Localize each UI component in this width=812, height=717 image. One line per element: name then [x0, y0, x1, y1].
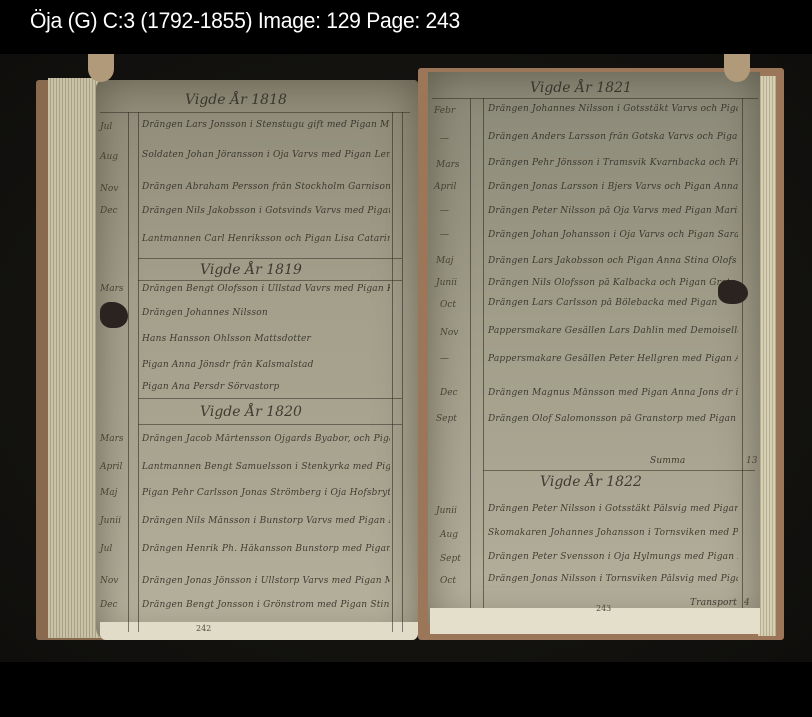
entry-month: Junii — [436, 506, 457, 516]
section-heading-1820: Vigde År 1820 — [200, 404, 302, 420]
register-entry: Drängen Jonas Larsson i Bjers Varvs och … — [488, 182, 738, 192]
left-section-rule-1819 — [138, 258, 402, 259]
entry-month: — — [440, 354, 449, 364]
left-section-rule-1819b — [138, 280, 402, 281]
section-heading-1822: Vigde År 1822 — [540, 474, 642, 490]
register-entry: Drängen Abraham Persson från Stockholm G… — [142, 182, 390, 192]
register-entry: Drängen Magnus Månsson med Pigan Anna Jo… — [488, 388, 738, 398]
register-entry: Pappersmakare Gesällen Peter Hellgren me… — [488, 354, 738, 364]
entry-month: Dec — [100, 206, 118, 216]
entry-month: Sept — [436, 414, 457, 424]
right-day-column-rule — [483, 98, 484, 608]
register-entry: Lantmannen Carl Henriksson och Pigan Lis… — [142, 234, 390, 244]
right-summa-rule — [483, 470, 755, 471]
entry-month: Junii — [100, 516, 121, 526]
ink-blot-right — [718, 280, 748, 304]
section-heading-1821: Vigde År 1821 — [530, 80, 632, 96]
left-count-column-rule — [392, 112, 393, 632]
entry-month: Nov — [440, 328, 458, 338]
entry-month: Maj — [436, 256, 453, 266]
register-entry: Drängen Johannes Nilsson i Gotsstäkt Var… — [488, 104, 738, 114]
register-entry: Drängen Jacob Mårtensson Öjgards Byabor,… — [142, 434, 390, 444]
right-count-column-rule — [742, 98, 743, 608]
entry-month: April — [100, 462, 122, 472]
left-day-column-rule — [138, 112, 139, 632]
register-entry: Lantmannen Bengt Samuelsson i Stenkyrka … — [142, 462, 390, 472]
register-entry: Drängen Peter Nilsson i Gotsstäkt Pålsvi… — [488, 504, 738, 514]
register-entry: Hans Hansson Ohlsson Mattsdotter — [142, 334, 390, 344]
book-page-edges-right — [758, 76, 776, 636]
entry-month: Oct — [440, 576, 456, 586]
page-right-bottom-margin — [430, 608, 760, 634]
image-caption-bar: Öja (G) C:3 (1792-1855) Image: 129 Page:… — [0, 0, 812, 54]
ink-blot-left — [100, 302, 128, 328]
entry-month: Mars — [100, 434, 124, 444]
register-entry: Drängen Lars Jonsson i Stenstugu gift me… — [142, 120, 390, 130]
entry-month: Sept — [440, 554, 461, 564]
register-entry: Pigan Ana Persdr Sörvastorp — [142, 382, 390, 392]
register-entry: Drängen Anders Larsson från Gotska Varvs… — [488, 132, 738, 142]
right-date-column-rule — [470, 98, 471, 608]
register-entry: Drängen Johannes Nilsson — [142, 308, 390, 318]
entry-month: Maj — [100, 488, 117, 498]
entry-month: Dec — [440, 388, 458, 398]
entry-month: — — [440, 134, 449, 144]
page-clip-right — [724, 54, 750, 82]
entry-month: Dec — [100, 600, 118, 610]
register-entry: Drängen Bengt Olofsson i Ullstad Vavrs m… — [142, 284, 390, 294]
bottom-black-bar — [0, 662, 812, 717]
register-entry: Drängen Peter Svensson i Öja Hylmungs me… — [488, 552, 738, 562]
register-entry: Drängen Bengt Jonsson i Grönstrom med Pi… — [142, 600, 390, 610]
left-section-rule-1820b — [138, 424, 402, 425]
image-caption-title: Öja (G) C:3 (1792-1855) Image: 129 Page:… — [30, 8, 460, 34]
entry-month: Mars — [436, 160, 460, 170]
entry-month: Mars — [100, 284, 124, 294]
register-page-right — [428, 72, 760, 624]
summa-value: 13 — [746, 456, 757, 466]
entry-month: April — [434, 182, 456, 192]
register-entry: Drängen Peter Nilsson på Öja Varvs med P… — [488, 206, 738, 216]
page-left-bottom-margin — [100, 622, 418, 640]
register-entry: Drängen Jonas Nilsson i Tornsviken Pålsv… — [488, 574, 738, 584]
register-entry: Drängen Olof Salomonsson på Granstorp me… — [488, 414, 738, 424]
register-entry: Pigan Anna Jönsdr från Kalsmalstad — [142, 360, 390, 370]
summa-label: Summa — [650, 456, 685, 466]
right-page-number: 243 — [596, 604, 611, 613]
entry-month: Oct — [440, 300, 456, 310]
entry-month: Jul — [100, 544, 112, 554]
register-entry: Soldaten Johan Jöransson i Öja Varvs med… — [142, 150, 390, 160]
entry-month: Aug — [100, 152, 118, 162]
register-entry: Drängen Nils Månsson i Bunstorp Varvs me… — [142, 516, 390, 526]
register-entry: Drängen Jonas Jönsson i Ullstorp Varvs m… — [142, 576, 390, 586]
register-entry: Drängen Nils Jakobsson i Gotsvinds Varvs… — [142, 206, 390, 216]
section-heading-1819: Vigde År 1819 — [200, 262, 302, 278]
left-count-column-rule-2 — [402, 112, 403, 632]
entry-month: Aug — [440, 530, 458, 540]
register-entry: Skomakaren Johannes Johansson i Tornsvik… — [488, 528, 738, 538]
transport-label: Transport — [690, 598, 737, 608]
register-entry: Drängen Johan Johansson i Öja Varvs och … — [488, 230, 738, 240]
entry-month: Nov — [100, 576, 118, 586]
entry-month: Nov — [100, 184, 118, 194]
register-entry: Drängen Lars Jakobsson och Pigan Anna St… — [488, 256, 738, 266]
entry-month: — — [440, 206, 449, 216]
register-entry: Pigan Pehr Carlsson Jonas Strömberg i Öj… — [142, 488, 390, 498]
entry-month: Febr — [434, 106, 455, 116]
entry-month: Junii — [436, 278, 457, 288]
page-clip-left — [88, 54, 114, 82]
register-entry: Drängen Henrik Ph. Håkansson Bunstorp me… — [142, 544, 390, 554]
entry-month: — — [440, 230, 449, 240]
left-header-rule — [100, 112, 410, 113]
register-entry: Drängen Pehr Jönsson i Tramsvik Kvarnbac… — [488, 158, 738, 168]
entry-month: Jul — [100, 122, 112, 132]
transport-value: 4 — [744, 598, 750, 608]
left-section-rule-1820 — [138, 398, 402, 399]
left-date-column-rule — [128, 112, 129, 632]
register-entry: Drängen Lars Carlsson på Bölebacka med P… — [488, 298, 718, 308]
right-header-rule — [432, 98, 758, 99]
section-heading-1818: Vigde År 1818 — [185, 92, 287, 108]
register-entry: Pappersmakare Gesällen Lars Dahlin med D… — [488, 326, 738, 336]
register-entry: Drängen Nils Olofsson på Kalbacka och Pi… — [488, 278, 738, 288]
left-page-number: 242 — [196, 624, 211, 633]
